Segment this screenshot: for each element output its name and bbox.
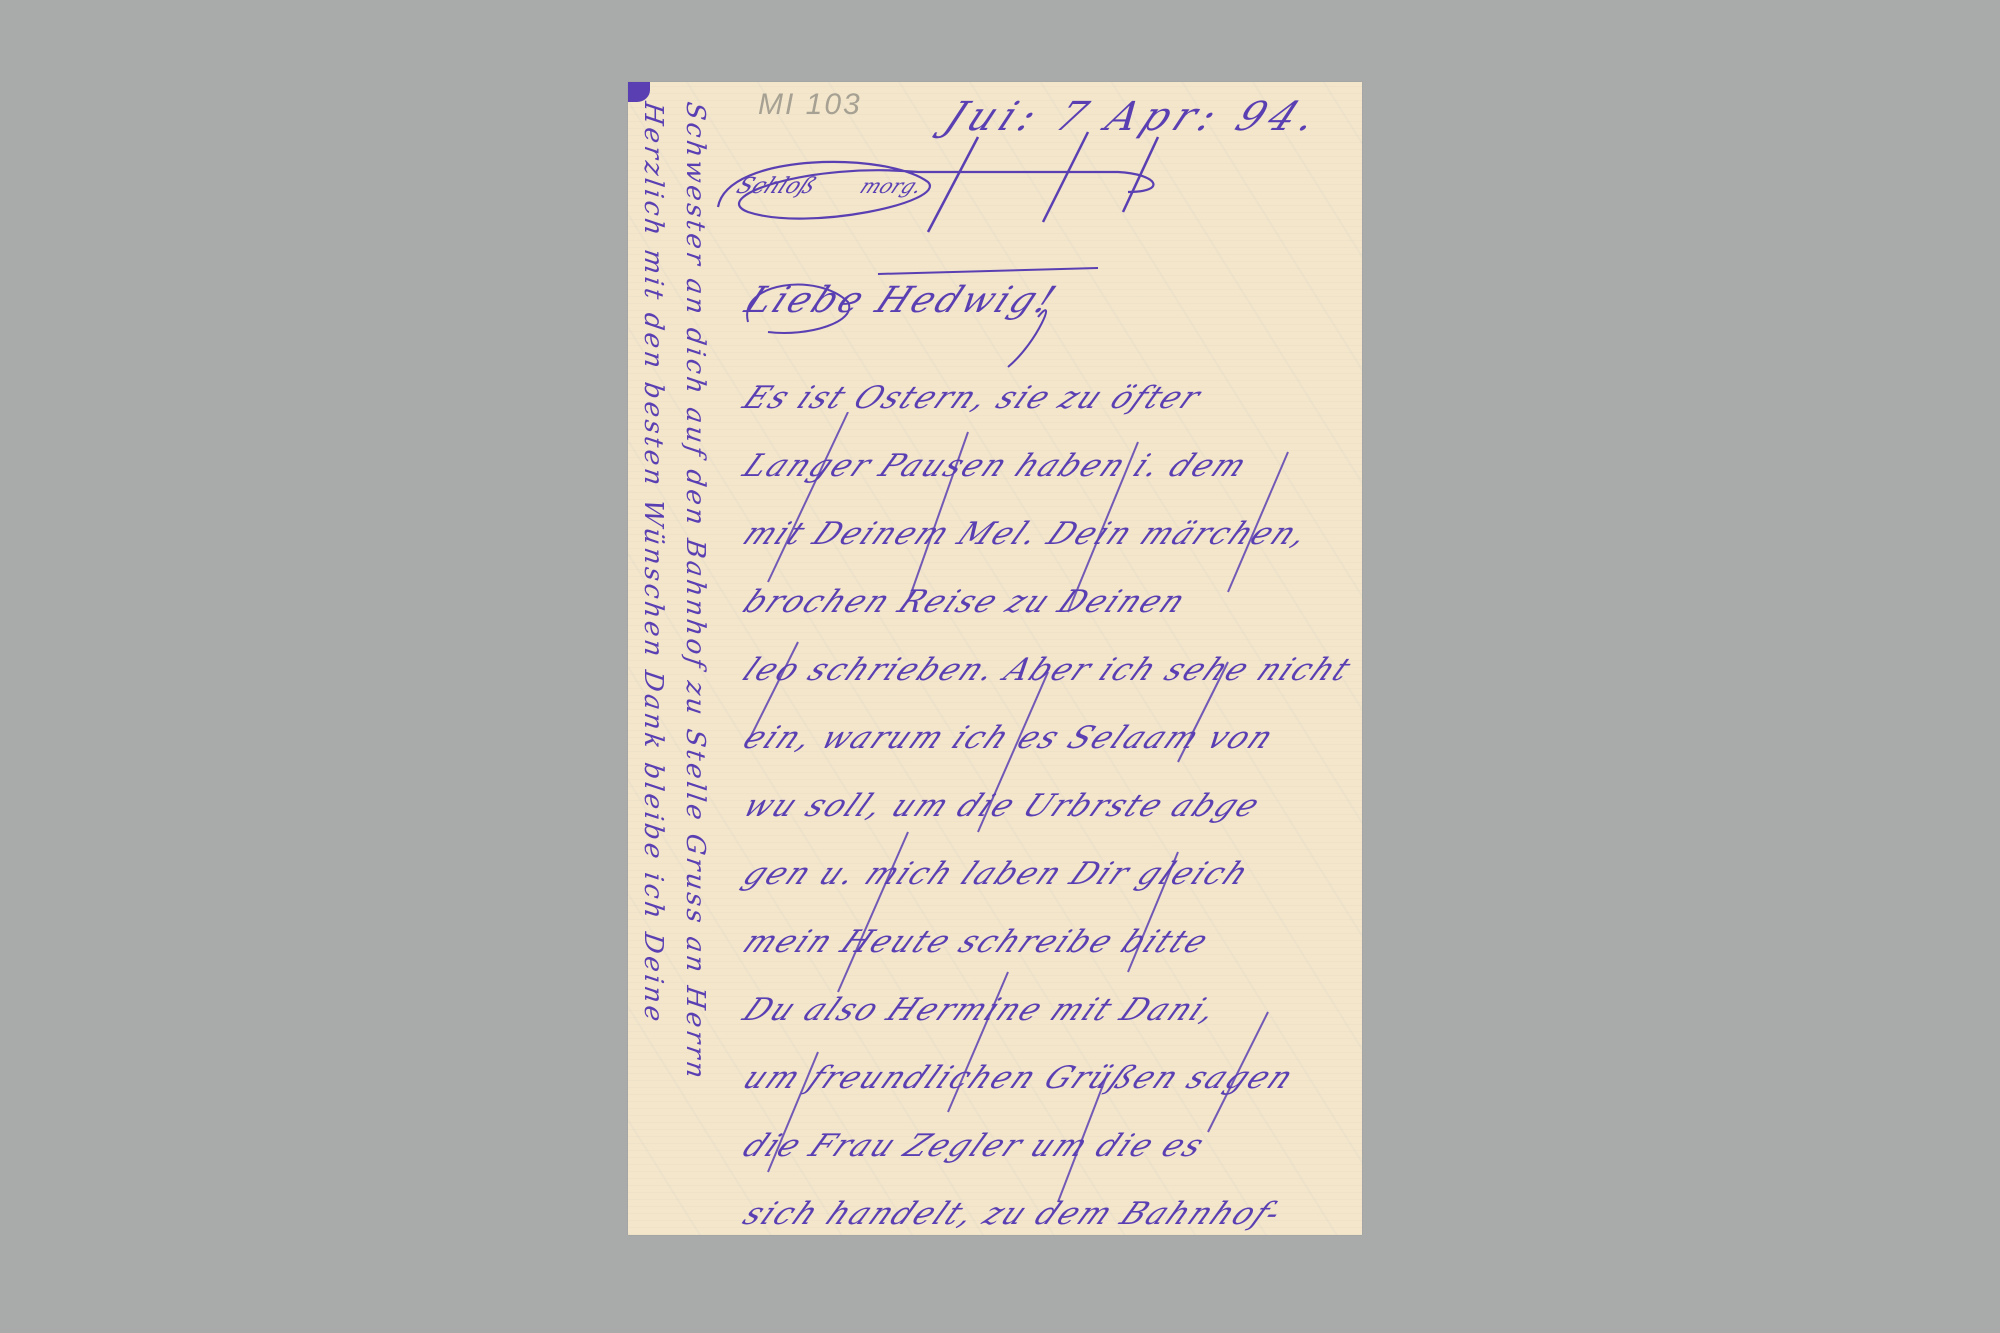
body-line: Du also Hermine mit Dani, <box>728 976 1362 1044</box>
letter-sheet: MI 103 Jui: 7 Apr: 94. Schloß morg. Lieb… <box>628 82 1362 1235</box>
body-line: gen u. mich laben Dir gleich <box>728 840 1362 908</box>
margin-postscript: Herzlich mit den besten Wünschen Dank bl… <box>628 82 738 1235</box>
body-line: leo schrieben. Aber ich sehe nicht <box>728 636 1362 704</box>
body-line: brochen Reise zu Deinen <box>728 568 1362 636</box>
margin-column-2: Schwester an dich auf den Bahnhof zu Ste… <box>680 100 710 1083</box>
letter-date: Jui: 7 Apr: 94. <box>937 94 1331 140</box>
body-line: um freundlichen Grüßen sagen <box>728 1044 1362 1112</box>
body-line: Langer Pausen haben i. dem <box>728 432 1362 500</box>
scan-background: MI 103 Jui: 7 Apr: 94. Schloß morg. Lieb… <box>0 0 2000 1333</box>
body-line: mein Heute schreibe bitte <box>728 908 1362 976</box>
body-line: ein, warum ich es Selaam von <box>728 704 1362 772</box>
place-line: Schloß morg. <box>732 174 927 199</box>
margin-column-1: Herzlich mit den besten Wünschen Dank bl… <box>638 100 668 1026</box>
place: Schloß <box>732 174 820 199</box>
body-line: sich handelt, zu dem Bahnhof- <box>728 1180 1362 1235</box>
body-line: mit Deinem Mel. Dein märchen, <box>728 500 1362 568</box>
letter-body: Es ist Ostern, sie zu öfter Langer Pause… <box>728 364 1362 1235</box>
body-line: die Frau Zegler um die es <box>728 1112 1362 1180</box>
body-line: Es ist Ostern, sie zu öfter <box>728 364 1362 432</box>
archive-mark: MI 103 <box>758 88 862 122</box>
body-line: wu soll, um die Urbrste abge <box>728 772 1362 840</box>
salutation: Liebe Hedwig! <box>738 280 1064 321</box>
place-sub: morg. <box>856 174 927 198</box>
